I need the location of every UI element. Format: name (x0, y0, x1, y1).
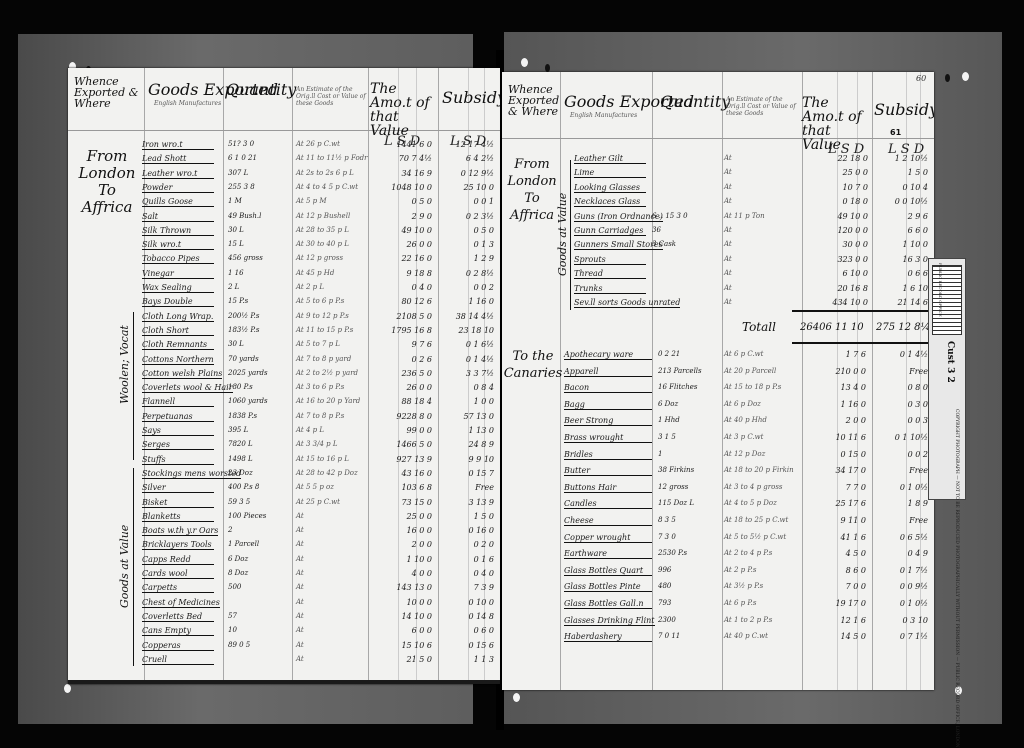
quantity-value: 30 L (228, 226, 244, 234)
rate-estimate: At 40 p Hhd (724, 416, 767, 424)
subsidy-value: 0 4 0 (444, 569, 494, 578)
goods-name: Cloth Short (142, 326, 214, 336)
goods-name: Earthware (564, 549, 652, 559)
rate-estimate: At 12 p gross (296, 254, 343, 262)
subsidy-value: 0 2 3½ (444, 212, 494, 221)
header-whence: Whence Exported & Where (74, 76, 142, 109)
subsidy-value: 0 1 10½ (878, 433, 928, 442)
rate-estimate: At (296, 583, 304, 591)
goods-name: Glass Bottles Pinte (564, 582, 652, 592)
amount-value: 434 10 0 (806, 298, 868, 307)
amount-value: 22 18 0 (806, 154, 868, 163)
amount-value: 1 10 0 (370, 555, 432, 564)
rate-estimate: At (724, 284, 732, 292)
rate-estimate: At 4 p L (296, 426, 324, 434)
rate-estimate: At 5 p M (296, 197, 327, 205)
quantity-value: 213 Parcells (658, 367, 702, 375)
subsidy-value: 0 1 0½ (878, 599, 928, 608)
amount-value: 0 4 0 (370, 283, 432, 292)
amount-value: 1795 16 8 (370, 326, 432, 335)
goods-name: Coverletts Bed (142, 612, 214, 622)
amount-value: 70 7 4½ (370, 154, 432, 163)
rate-estimate: At 4 to 4 5 p C.wt (296, 183, 358, 191)
amount-value: 49 10 0 (806, 212, 868, 221)
goods-name: Carpetts (142, 583, 214, 593)
amount-value: 25 0 0 (806, 168, 868, 177)
quantity-value: 89 0 5 (228, 641, 250, 649)
header-whence: Whence Exported & Where (508, 84, 562, 117)
subsidy-value: Free (878, 367, 928, 376)
quantity-value: 2 (228, 526, 232, 534)
amount-value: 99 0 0 (370, 426, 432, 435)
goods-name: Salt (142, 212, 214, 222)
stamped-page-number: 61 (890, 128, 901, 137)
amount-value: 73 15 0 (370, 498, 432, 507)
quantity-value: 255 3 8 (228, 183, 255, 191)
quantity-value: 115 Doz L (658, 499, 694, 507)
amount-value: 10 0 0 (370, 598, 432, 607)
quantity-value: 793 (658, 599, 671, 607)
amount-value: 20 16 8 (806, 284, 868, 293)
amount-value: 6 10 0 (806, 269, 868, 278)
rate-estimate: At (296, 555, 304, 563)
goods-name: Buttons Hair (564, 483, 652, 493)
goods-name: Cloth Long Wrap. (142, 312, 214, 322)
amount-value: 19 17 0 (804, 599, 866, 608)
subsidy-value: 0 1 6 (444, 555, 494, 564)
subsidy-value: 57 13 0 (444, 412, 494, 421)
subsidy-value: 38 14 4½ (444, 312, 494, 321)
goods-name: Lead Shott (142, 154, 214, 164)
rate-estimate: At (296, 655, 304, 663)
mount-pin-hole (64, 684, 71, 693)
subsidy-value: 3 3 7½ (444, 369, 494, 378)
folio-number: 60 (916, 74, 926, 83)
copyright-notice: COPYRIGHT PHOTOGRAPH — NOT TO BE REPRODU… (954, 409, 959, 494)
quantity-value: 2530 P.s (658, 549, 687, 557)
amount-value: 1 16 0 (804, 400, 866, 409)
goods-name: Trunks (574, 284, 646, 294)
quantity-value: 36 (652, 226, 661, 234)
amount-value: 9 18 8 (370, 269, 432, 278)
rate-estimate: At 3½ p P.s (724, 582, 763, 590)
rate-estimate: At 4 to 5 p Doz (724, 499, 777, 507)
subsidy-value: 0 2 8½ (444, 269, 494, 278)
subsidy-value: 1 8 9 (878, 499, 928, 508)
rate-estimate: At (724, 226, 732, 234)
goods-name: Serges (142, 440, 214, 450)
goods-name: Glass Bottles Gall.n (564, 599, 652, 609)
archive-reference-label: Cust 3 2 PUBLIC RECORD OFFICE COPYRIGHT … (928, 258, 966, 500)
goods-name: Cheese (564, 516, 652, 526)
total-label: Totall (742, 320, 776, 334)
amount-value: 30 0 0 (806, 240, 868, 249)
goods-name: Cottons Northern (142, 355, 214, 365)
header-goods-sub: English Manufactures (570, 112, 637, 119)
amount-value: 14 5 0 (804, 632, 866, 641)
mount-pin-hole (545, 64, 550, 72)
quantity-value: 456 gross (228, 254, 263, 262)
amount-value: 1441 6 0 (370, 140, 432, 149)
subsidy-value: 1 16 0 (444, 297, 494, 306)
rate-estimate: At 12 p Doz (724, 450, 765, 458)
subsidy-value: 0 0 9½ (878, 582, 928, 591)
subsidy-value: 0 14 8 (444, 612, 494, 621)
goods-name: Gunners Small Stores (574, 240, 663, 250)
rate-estimate: At 15 to 18 p P.s (724, 383, 781, 391)
amount-value: 34 17 0 (804, 466, 866, 475)
quantity-value: 1498 L (228, 455, 253, 463)
amount-value: 34 16 9 (370, 169, 432, 178)
subsidy-value: 1 2 10½ (878, 154, 928, 163)
goods-name: Bays Double (142, 297, 214, 307)
subsidy-value: 0 7 1½ (878, 632, 928, 641)
rate-estimate: At 2s to 2s 6 p L (296, 169, 354, 177)
rate-estimate: At 3 to 4 p gross (724, 483, 783, 491)
total-amount: 26406 11 10 (800, 322, 864, 333)
header-subsidy: Subsidy (442, 90, 500, 106)
subsidy-value: 0 1 4½ (444, 355, 494, 364)
subsidy-value: 1 10 0 (878, 240, 928, 249)
quantity-value: 996 (658, 566, 671, 574)
quantity-value: 8 Doz (228, 569, 248, 577)
archive-office: PUBLIC RECORD OFFICE (938, 263, 943, 317)
quantity-value: 70 yards (228, 355, 259, 363)
subsidy-value: 0 6 6 (878, 269, 928, 278)
rate-estimate: At 16 to 20 p Yard (296, 397, 360, 405)
rate-estimate: At 7 to 8 p P.s (296, 412, 344, 420)
quantity-value: 49 Bush.l (228, 212, 261, 220)
amount-value: 25 0 0 (370, 512, 432, 521)
subsidy-value: 0 8 4 (444, 383, 494, 392)
amount-value: 10 7 0 (806, 183, 868, 192)
quantity-value: 2025 yards (228, 369, 268, 377)
subsidy-value: 0 1 3 (444, 240, 494, 249)
goods-name: Copper wrought (564, 533, 652, 543)
right-place-label-canaries: To theCanaries (502, 348, 564, 382)
amount-value: 26 0 0 (370, 383, 432, 392)
subsidy-value: 0 1 4½ (878, 350, 928, 359)
subsidy-value: Free (878, 516, 928, 525)
amount-value: 8 6 0 (804, 566, 866, 575)
total-subsidy: 275 12 8¼ (876, 322, 930, 333)
goods-name: Lime (574, 168, 646, 178)
quantity-value: 1 Hhd (658, 416, 680, 424)
rate-estimate: At 2 p P.s (724, 566, 756, 574)
scale-ruler (932, 265, 962, 335)
subsidy-value: 0 1 7½ (878, 566, 928, 575)
quantity-value: 1 (658, 450, 662, 458)
quantity-value: 395 L (228, 426, 248, 434)
quantity-value: 2300 (658, 616, 676, 624)
subsidy-value: 1 5 0 (878, 168, 928, 177)
rate-estimate: At 2 p L (296, 283, 324, 291)
rate-estimate: At (296, 598, 304, 606)
rate-estimate: At 28 to 42 p Doz (296, 469, 358, 477)
amount-value: 49 10 0 (370, 226, 432, 235)
goods-name: Silk wro.t (142, 240, 214, 250)
rate-estimate: At 7 to 8 p yard (296, 355, 351, 363)
subsidy-value: 0 16 0 (444, 526, 494, 535)
quantity-value: 59 3 5 (228, 498, 250, 506)
subsidy-value: 0 1 6½ (444, 340, 494, 349)
subsidy-value: 3 13 9 (444, 498, 494, 507)
header-goods-sub: English Manufactures (154, 100, 221, 107)
rate-estimate: At 6 p C.wt (724, 350, 764, 358)
goods-name: Stuffs (142, 455, 214, 465)
archive-reference: Cust 3 2 (945, 341, 955, 383)
amount-value: 41 1 6 (804, 533, 866, 542)
subsidy-value: 21 14 6 (878, 298, 928, 307)
quantity-value: 100 Pieces (228, 512, 266, 520)
amount-value: 2 0 0 (370, 540, 432, 549)
rate-estimate: At 15 to 16 p L (296, 455, 349, 463)
amount-value: 1466 5 0 (370, 440, 432, 449)
quantity-value: 23 Doz (228, 469, 253, 477)
amount-value: 0 15 0 (804, 450, 866, 459)
rate-estimate: At 1 to 2 p P.s (724, 616, 772, 624)
goods-name: Haberdashery (564, 632, 652, 642)
quantity-value: 0 2 21 (658, 350, 680, 358)
goods-name: Tobacco Pipes (142, 254, 214, 264)
amount-value: 103 6 8 (370, 483, 432, 492)
quantity-value: 1 M (228, 197, 242, 205)
rate-estimate: At (724, 154, 732, 162)
subsidy-value: 0 0 3 (878, 416, 928, 425)
goods-name: Flannell (142, 397, 214, 407)
rate-estimate: At (296, 540, 304, 548)
goods-name: Perpetuanas (142, 412, 214, 422)
goods-name: Necklaces Glass (574, 197, 646, 207)
left-ledger-page: Whence Exported & Where Goods Exported E… (68, 68, 500, 684)
rate-estimate: At 26 p C.wt (296, 140, 340, 148)
rate-estimate: At 5 5 p oz (296, 483, 334, 491)
goods-name: Cards wool (142, 569, 214, 579)
amount-value: 14 10 0 (370, 612, 432, 621)
subsidy-value: 1 1 3 (444, 655, 494, 664)
amount-value: 323 0 0 (806, 255, 868, 264)
quantity-value: 6 .. 15 3 0 (652, 212, 688, 220)
amount-value: 4 5 0 (804, 549, 866, 558)
subsidy-value: 1 5 0 (444, 512, 494, 521)
goods-name: Gunn Carriadges (574, 226, 646, 236)
goods-name: Cruell (142, 655, 214, 665)
subsidy-value: 0 10 4 (878, 183, 928, 192)
quantity-value: 1 Parcell (228, 540, 259, 548)
amount-value: 22 16 0 (370, 254, 432, 263)
right-ledger-page: 60 61 Whence Exported & Where Goods Expo… (502, 72, 934, 690)
goods-name: Copperas (142, 641, 214, 651)
rate-estimate: At (724, 168, 732, 176)
goods-name: Candles (564, 499, 652, 509)
mount-pin-hole (945, 74, 950, 82)
goods-name: Beer Strong (564, 416, 652, 426)
amount-value: 80 12 6 (370, 297, 432, 306)
subsidy-value: 1 2 9 (444, 254, 494, 263)
quantity-value: 8 3 5 (658, 516, 676, 524)
quantity-value: 1 16 (228, 269, 244, 277)
goods-name: Silver (142, 483, 214, 493)
mount-pin-hole (962, 72, 969, 81)
quantity-value: 6 Doz (228, 555, 248, 563)
rate-estimate: At (724, 240, 732, 248)
rate-estimate: At 45 p Hd (296, 269, 334, 277)
quantity-value: 2 L (228, 283, 239, 291)
header-estimate: An Estimate of the Orig.ll Cost or Value… (296, 86, 366, 107)
rate-estimate: At (296, 512, 304, 520)
quantity-value: 6 1 0 21 (228, 154, 257, 162)
rate-estimate: At 6 p Doz (724, 400, 761, 408)
subsidy-value: 0 15 7 (444, 469, 494, 478)
quantity-value: 180 P.s (228, 383, 253, 391)
subsidy-value: 1 6 10 (878, 284, 928, 293)
subsidy-value: 23 18 10 (444, 326, 494, 335)
amount-value: 16 0 0 (370, 526, 432, 535)
rate-estimate: At 9 to 12 p P.s (296, 312, 349, 320)
quantity-value: 12 gross (658, 483, 688, 491)
amount-value: 927 13 9 (370, 455, 432, 464)
rate-estimate: At 30 to 40 p L (296, 240, 349, 248)
amount-value: 2 0 0 (804, 416, 866, 425)
quantity-value: 1838 P.s (228, 412, 257, 420)
goods-name: Brass wrought (564, 433, 652, 443)
subsidy-value: 0 4 9 (878, 549, 928, 558)
quantity-value: 3 Cask (652, 240, 676, 248)
subsidy-value: 0 8 0 (878, 383, 928, 392)
quantity-value: 7820 L (228, 440, 253, 448)
rate-estimate: At 11 to 11½ p Fodr (296, 154, 368, 162)
goods-name: Bridles (564, 450, 652, 460)
subsidy-value: 0 15 6 (444, 641, 494, 650)
quantity-value: 7 0 11 (658, 632, 680, 640)
goods-name: Bacon (564, 383, 652, 393)
subsidy-value: 0 3 0 (878, 400, 928, 409)
header-subsidy: Subsidy (874, 102, 934, 118)
rate-estimate: At 25 p C.wt (296, 498, 340, 506)
goods-name: Silk Thrown (142, 226, 214, 236)
goods-name: Coverlets wool & Hair (142, 383, 233, 393)
goods-name: Sev.ll sorts Goods unrated (574, 298, 680, 308)
subsidy-value: 0 6 5½ (878, 533, 928, 542)
amount-value: 120 0 0 (806, 226, 868, 235)
rate-estimate: At (296, 626, 304, 634)
mount-pin-hole (513, 693, 520, 702)
amount-value: 10 11 6 (804, 433, 866, 442)
goods-name: Butter (564, 466, 652, 476)
quantity-value: 30 L (228, 340, 244, 348)
goods-name: Quills Goose (142, 197, 214, 207)
rate-estimate: At (296, 569, 304, 577)
amount-value: 9 11 0 (804, 516, 866, 525)
goods-name: Bagg (564, 400, 652, 410)
quantity-value: 3 1 5 (658, 433, 676, 441)
amount-value: 0 5 0 (370, 197, 432, 206)
quantity-value: 500 (228, 583, 241, 591)
subsidy-value: 24 8 9 (444, 440, 494, 449)
quantity-value: 400 P.s 8 (228, 483, 259, 491)
amount-value: 15 10 6 (370, 641, 432, 650)
rate-estimate: At 5 to 5½ p C.wt (724, 533, 786, 541)
goods-name: Wax Sealing (142, 283, 214, 293)
goods-name: Powder (142, 183, 214, 193)
amount-value: 6 0 0 (370, 626, 432, 635)
right-place-label-africa: FromLondonToAffrica (504, 156, 560, 224)
quantity-value: 15 L (228, 240, 244, 248)
goods-name: Boats w.th y.r Oars (142, 526, 218, 536)
header-estimate: An Estimate of the Orig.ll Cost or Value… (726, 96, 800, 117)
subsidy-value: 6 4 2½ (444, 154, 494, 163)
amount-value: 4 0 0 (370, 569, 432, 578)
amount-value: 143 13 0 (370, 583, 432, 592)
quantity-value: 16 Flitches (658, 383, 697, 391)
quantity-value: 480 (658, 582, 671, 590)
goods-name: Capps Redd (142, 555, 214, 565)
rate-estimate: At (724, 298, 732, 306)
subsidy-value: 1 0 0 (444, 397, 494, 406)
goods-name: Sprouts (574, 255, 646, 265)
quantity-value: 57 (228, 612, 237, 620)
rate-estimate: At 40 p C.wt (724, 632, 768, 640)
rate-estimate: At 20 p Parcell (724, 367, 776, 375)
subsidy-value: 2 9 6 (878, 212, 928, 221)
goods-name: Bricklayers Tools (142, 540, 214, 550)
header-quantity: Quantity (226, 82, 296, 98)
mount-pin-hole (521, 58, 528, 67)
goods-name: Blanketts (142, 512, 214, 522)
amount-value: 0 2 6 (370, 355, 432, 364)
amount-value: 9228 8 0 (370, 412, 432, 421)
amount-value: 7 0 0 (804, 582, 866, 591)
rate-estimate: At 18 to 20 p Firkin (724, 466, 794, 474)
rate-estimate: At (296, 641, 304, 649)
value-group-label: Goods at Value (118, 525, 131, 608)
rate-estimate: At 11 p Ton (724, 212, 765, 220)
quantity-value: 7 3 0 (658, 533, 676, 541)
goods-name: Chest of Medicines (142, 598, 220, 608)
amount-value: 13 4 0 (804, 383, 866, 392)
rate-estimate: At (296, 526, 304, 534)
amount-value: 25 17 6 (804, 499, 866, 508)
subsidy-value: 0 2 0 (444, 540, 494, 549)
goods-name: Cans Empty (142, 626, 214, 636)
goods-name: Cloth Remnants (142, 340, 214, 350)
goods-name: Vinegar (142, 269, 214, 279)
rate-estimate: At (724, 255, 732, 263)
quantity-value: 15 P.s (228, 297, 248, 305)
subsidy-value: Free (444, 483, 494, 492)
amount-value: 210 0 0 (804, 367, 866, 376)
goods-name: Leather Gilt (574, 154, 646, 164)
amount-value: 12 1 6 (804, 616, 866, 625)
rate-estimate: At 18 to 25 p C.wt (724, 516, 788, 524)
amount-value: 43 16 0 (370, 469, 432, 478)
amount-value: 88 18 4 (370, 397, 432, 406)
amount-value: 21 5 0 (370, 655, 432, 664)
rate-estimate: At 6 p P.s (724, 599, 756, 607)
subsidy-value: 0 0 10½ (878, 197, 928, 206)
amount-value: 0 18 0 (806, 197, 868, 206)
quantity-value: 307 L (228, 169, 248, 177)
rate-estimate: At 2 to 2½ p yard (296, 369, 358, 377)
header-quantity: Quantity (660, 94, 730, 110)
subsidy-value: 0 3 10 (878, 616, 928, 625)
rate-estimate: At 5 to 7 p L (296, 340, 340, 348)
goods-name: Leather wro.t (142, 169, 214, 179)
subsidy-value: 0 6 0 (444, 626, 494, 635)
subsidy-value: 0 5 0 (444, 226, 494, 235)
rate-estimate: At (724, 183, 732, 191)
rate-estimate: At (724, 269, 732, 277)
